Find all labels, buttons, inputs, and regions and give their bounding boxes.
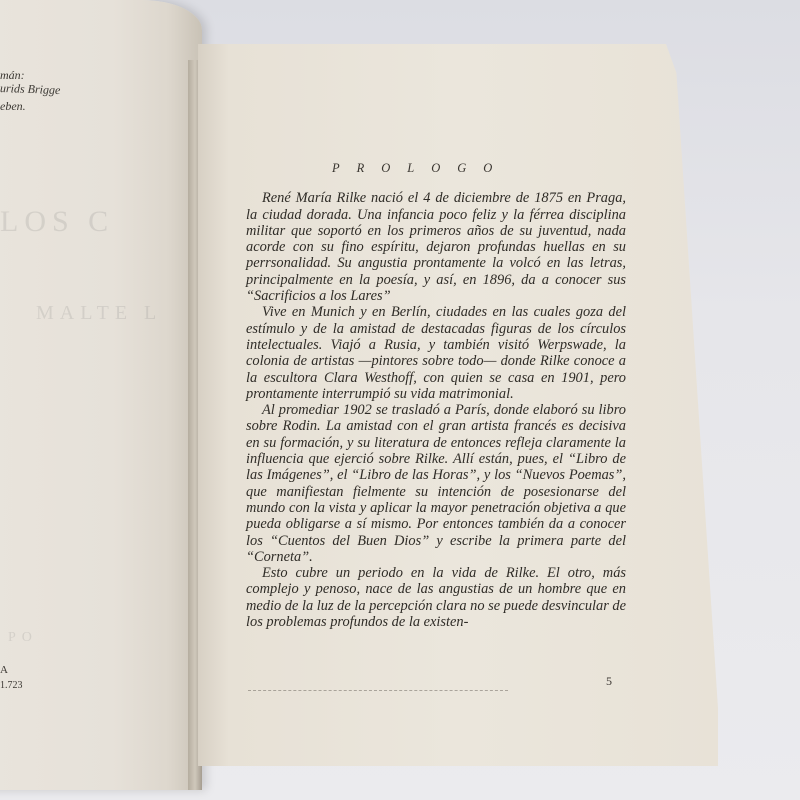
paragraph: Esto cubre un periodo en la vida de Rilk… [246,565,626,630]
paragraph: Vive en Munich y en Berlín, ciudades en … [246,304,626,402]
paragraph: René María Rilke nació el 4 de diciembre… [246,190,626,304]
page-title: PROLOGO [246,160,626,176]
paragraph: Al promediar 1902 se trasladó a París, d… [246,402,626,565]
show-through-text: LOS C [0,205,114,239]
show-through-text: PO [8,630,38,646]
page-number: 5 [606,674,612,689]
left-page-line: urids Brigge [0,81,61,98]
footer-rule [248,690,508,691]
left-page-line: A [0,664,8,676]
left-page [0,0,202,790]
left-page-line: 1.723 [0,680,23,691]
show-through-text: MALTE L [36,302,162,325]
prologue-text: PROLOGO René María Rilke nació el 4 de d… [246,160,626,630]
left-page-line: eben. [0,99,26,114]
